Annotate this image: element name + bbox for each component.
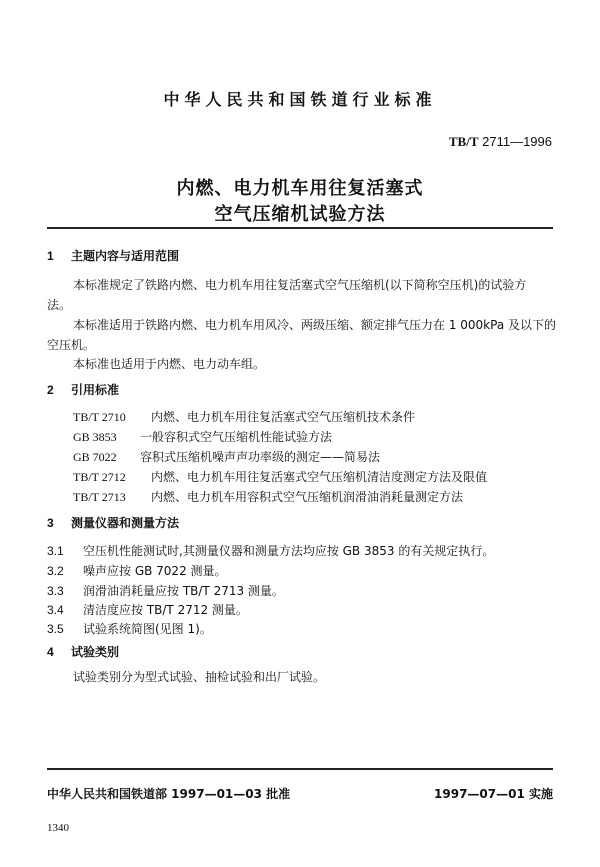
clause-item: 3.2噪声应按 GB 7022 测量。 xyxy=(47,562,227,579)
section-number: 3 xyxy=(47,516,71,530)
paragraph: 本标准适用于铁路内燃、电力机车用风冷、两级压缩、额定排气压力在 1 000kPa… xyxy=(73,318,556,332)
reference-title: 内燃、电力机车用往复活塞式空气压缩机清洁度测定方法及限值 xyxy=(151,470,487,484)
section-2-heading: 2引用标准 xyxy=(47,381,119,398)
clause-number: 3.1 xyxy=(47,544,83,558)
section-1-heading: 1主题内容与适用范围 xyxy=(47,247,179,264)
reference-code: GB 7022 xyxy=(73,450,140,465)
paragraph: 空压机。 xyxy=(47,338,95,352)
reference-code: TB/T 2713 xyxy=(73,490,151,505)
clause-item: 3.4清洁度应按 TB/T 2712 测量。 xyxy=(47,601,248,618)
reference-code: TB/T 2710 xyxy=(73,410,151,425)
clause-text: 试验系统简图(见图 1)。 xyxy=(83,622,212,636)
clause-text: 润滑油消耗量应按 TB/T 2713 测量。 xyxy=(83,584,284,598)
standard-code-number: 2711—1996 xyxy=(482,134,552,149)
paragraph: 法。 xyxy=(47,298,71,312)
reference-item: TB/T 2712内燃、电力机车用往复活塞式空气压缩机清洁度测定方法及限值 xyxy=(73,468,487,485)
document-title-line-1: 内燃、电力机车用往复活塞式 xyxy=(0,174,600,200)
clause-number: 3.4 xyxy=(47,603,83,617)
paragraph: 本标准规定了铁路内燃、电力机车用往复活塞式空气压缩机(以下简称空压机)的试验方 xyxy=(73,278,526,292)
reference-code: GB 3853 xyxy=(73,430,140,445)
approval-info: 中华人民共和国铁道部 1997—01—03 批准 xyxy=(47,785,290,802)
clause-item: 3.1空压机性能测试时,其测量仪器和测量方法均应按 GB 3853 的有关规定执… xyxy=(47,542,494,559)
section-title: 主题内容与适用范围 xyxy=(71,249,179,263)
section-number: 1 xyxy=(47,249,71,263)
standard-name: 中华人民共和国铁道行业标准 xyxy=(0,87,600,110)
paragraph: 试验类别分为型式试验、抽检试验和出厂试验。 xyxy=(73,670,325,684)
section-title: 试验类别 xyxy=(71,645,119,659)
document-title-line-2: 空气压缩机试验方法 xyxy=(0,200,600,226)
clause-number: 3.5 xyxy=(47,622,83,636)
reference-item: GB 3853一般容积式空气压缩机性能试验方法 xyxy=(73,428,332,445)
section-number: 4 xyxy=(47,645,71,659)
standard-code: TB/T 2711—1996 xyxy=(449,134,552,150)
reference-title: 容积式压缩机噪声声功率级的测定——简易法 xyxy=(140,450,380,464)
footer-divider xyxy=(47,768,553,770)
header-divider xyxy=(47,227,553,229)
clause-number: 3.2 xyxy=(47,564,83,578)
reference-item: GB 7022容积式压缩机噪声声功率级的测定——简易法 xyxy=(73,448,380,465)
section-number: 2 xyxy=(47,383,71,397)
clause-text: 空压机性能测试时,其测量仪器和测量方法均应按 GB 3853 的有关规定执行。 xyxy=(83,544,494,558)
clause-number: 3.3 xyxy=(47,584,83,598)
clause-item: 3.3润滑油消耗量应按 TB/T 2713 测量。 xyxy=(47,582,284,599)
clause-text: 清洁度应按 TB/T 2712 测量。 xyxy=(83,603,248,617)
reference-title: 内燃、电力机车用容积式空气压缩机润滑油消耗量测定方法 xyxy=(151,490,463,504)
reference-title: 内燃、电力机车用往复活塞式空气压缩机技术条件 xyxy=(151,410,415,424)
page-number: 1340 xyxy=(47,822,69,834)
reference-code: TB/T 2712 xyxy=(73,470,151,485)
implementation-date: 1997—07—01 实施 xyxy=(434,785,553,802)
section-4-heading: 4试验类别 xyxy=(47,643,119,660)
standard-code-prefix: TB/T xyxy=(449,134,479,149)
clause-item: 3.5试验系统简图(见图 1)。 xyxy=(47,620,212,637)
section-title: 测量仪器和测量方法 xyxy=(71,516,179,530)
section-3-heading: 3测量仪器和测量方法 xyxy=(47,514,179,531)
paragraph: 本标准也适用于内燃、电力动车组。 xyxy=(73,357,265,371)
section-title: 引用标准 xyxy=(71,383,119,397)
reference-title: 一般容积式空气压缩机性能试验方法 xyxy=(140,430,332,444)
clause-text: 噪声应按 GB 7022 测量。 xyxy=(83,564,227,578)
reference-item: TB/T 2713内燃、电力机车用容积式空气压缩机润滑油消耗量测定方法 xyxy=(73,488,463,505)
reference-item: TB/T 2710内燃、电力机车用往复活塞式空气压缩机技术条件 xyxy=(73,408,415,425)
